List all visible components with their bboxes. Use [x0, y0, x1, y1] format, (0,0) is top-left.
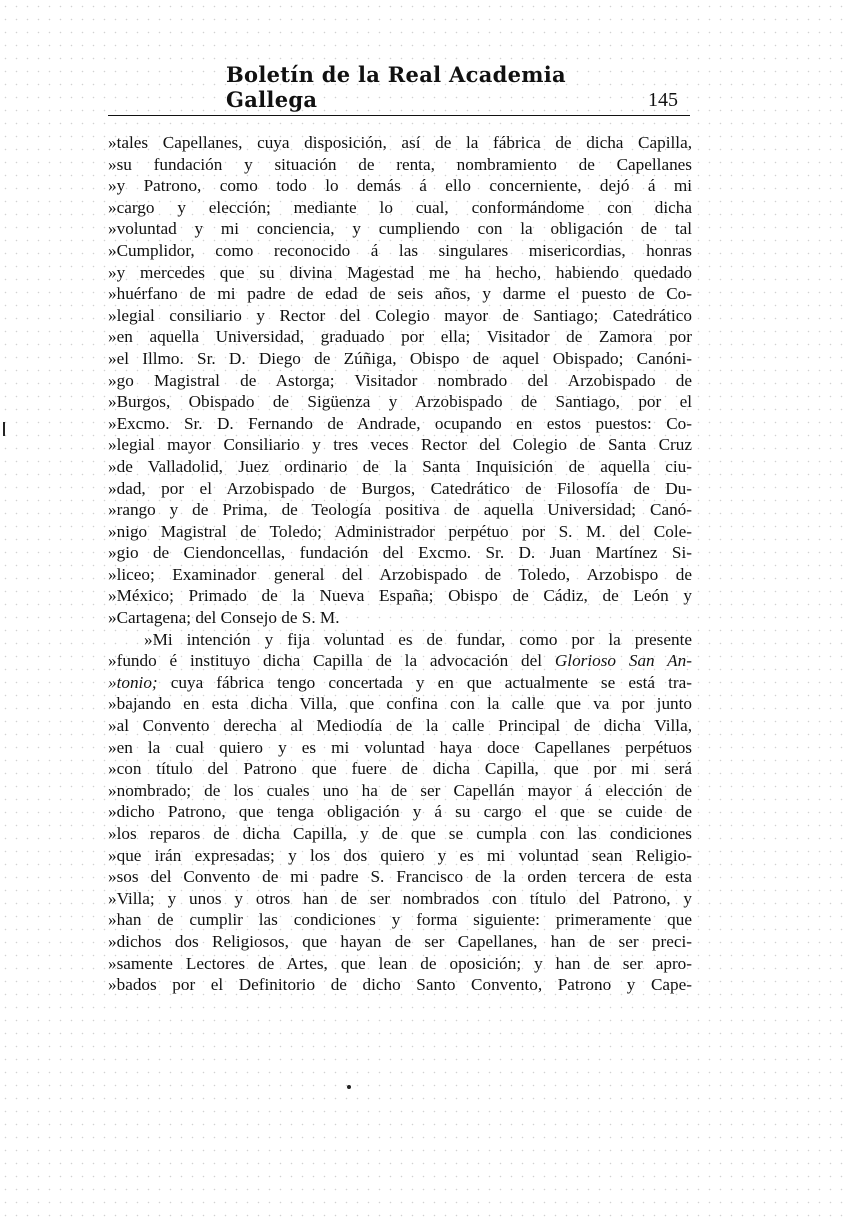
text-line: »Burgos, Obispado de Sigüenza y Arzobisp… [108, 391, 692, 413]
journal-title: Boletín de la Real Academia Gallega [180, 62, 648, 112]
page-number: 145 [648, 89, 678, 112]
text-line: »legial mayor Consiliario y tres veces R… [108, 434, 692, 456]
text-line: »Cumplidor, como reconocido á las singul… [108, 240, 692, 262]
text-segment: cuya fábrica tengo concertada y en que a… [158, 673, 692, 692]
text-line: »Villa; y unos y otros han de ser nombra… [108, 888, 692, 910]
text-line: »dicho Patrono, que tenga obligación y á… [108, 801, 692, 823]
text-line-mixed: »tonio; cuya fábrica tengo concertada y … [108, 672, 692, 694]
text-line: »huérfano de mi padre de edad de seis añ… [108, 283, 692, 305]
text-line: »de Valladolid, Juez ordinario de la San… [108, 456, 692, 478]
text-line: »dichos dos Religiosos, que hayan de ser… [108, 931, 692, 953]
body-text: »tales Capellanes, cuya disposición, así… [108, 132, 692, 996]
text-line: »samente Lectores de Artes, que lean de … [108, 953, 692, 975]
text-line: »en aquella Universidad, graduado por el… [108, 326, 692, 348]
text-line: »bajando en esta dicha Villa, que confin… [108, 693, 692, 715]
scan-edge-mark [3, 422, 5, 436]
print-speck [347, 1085, 351, 1089]
text-line: »Cartagena; del Consejo de S. M. [108, 607, 692, 629]
text-line: »que irán expresadas; y los dos quiero y… [108, 845, 692, 867]
text-line: »sos del Convento de mi padre S. Francis… [108, 866, 692, 888]
text-line-mixed: »fundo é instituyo dicha Capilla de la a… [108, 650, 692, 672]
running-header: Boletín de la Real Academia Gallega 145 [180, 84, 678, 112]
text-line: »cargo y elección; mediante lo cual, con… [108, 197, 692, 219]
text-line: »tales Capellanes, cuya disposición, así… [108, 132, 692, 154]
scanned-page: Boletín de la Real Academia Gallega 145 … [0, 0, 850, 1226]
text-line: »Mi intención y fija voluntad es de fund… [108, 629, 692, 651]
text-line: »con título del Patrono que fuere de dic… [108, 758, 692, 780]
italic-segment: »tonio; [108, 673, 158, 692]
text-line: »su fundación y situación de renta, nomb… [108, 154, 692, 176]
text-line: »nombrado; de los cuales uno ha de ser C… [108, 780, 692, 802]
text-line: »go Magistral de Astorga; Visitador nomb… [108, 370, 692, 392]
text-line: »gio de Ciendoncellas, fundación del Exc… [108, 542, 692, 564]
text-line: »y mercedes que su divina Magestad me ha… [108, 262, 692, 284]
text-line: »México; Primado de la Nueva España; Obi… [108, 585, 692, 607]
text-line: »Excmo. Sr. D. Fernando de Andrade, ocup… [108, 413, 692, 435]
text-line: »al Convento derecha al Mediodía de la c… [108, 715, 692, 737]
text-line: »han de cumplir las condiciones y forma … [108, 909, 692, 931]
text-line: »bados por el Definitorio de dicho Santo… [108, 974, 692, 996]
text-line: »el Illmo. Sr. D. Diego de Zúñiga, Obisp… [108, 348, 692, 370]
text-line: »dad, por el Arzobispado de Burgos, Cate… [108, 478, 692, 500]
italic-segment: Glorioso San An- [555, 651, 692, 670]
text-segment: »fundo é instituyo dicha Capilla de la a… [108, 651, 555, 670]
text-line: »nigo Magistral de Toledo; Administrador… [108, 521, 692, 543]
text-line: »legial consiliario y Rector del Colegio… [108, 305, 692, 327]
text-line: »rango y de Prima, de Teología positiva … [108, 499, 692, 521]
text-line: »en la cual quiero y es mi voluntad haya… [108, 737, 692, 759]
text-line: »liceo; Examinador general del Arzobispa… [108, 564, 692, 586]
header-rule [108, 115, 690, 116]
text-line: »y Patrono, como todo lo demás á ello co… [108, 175, 692, 197]
text-line: »voluntad y mi conciencia, y cumpliendo … [108, 218, 692, 240]
text-line: »los reparos de dicha Capilla, y de que … [108, 823, 692, 845]
